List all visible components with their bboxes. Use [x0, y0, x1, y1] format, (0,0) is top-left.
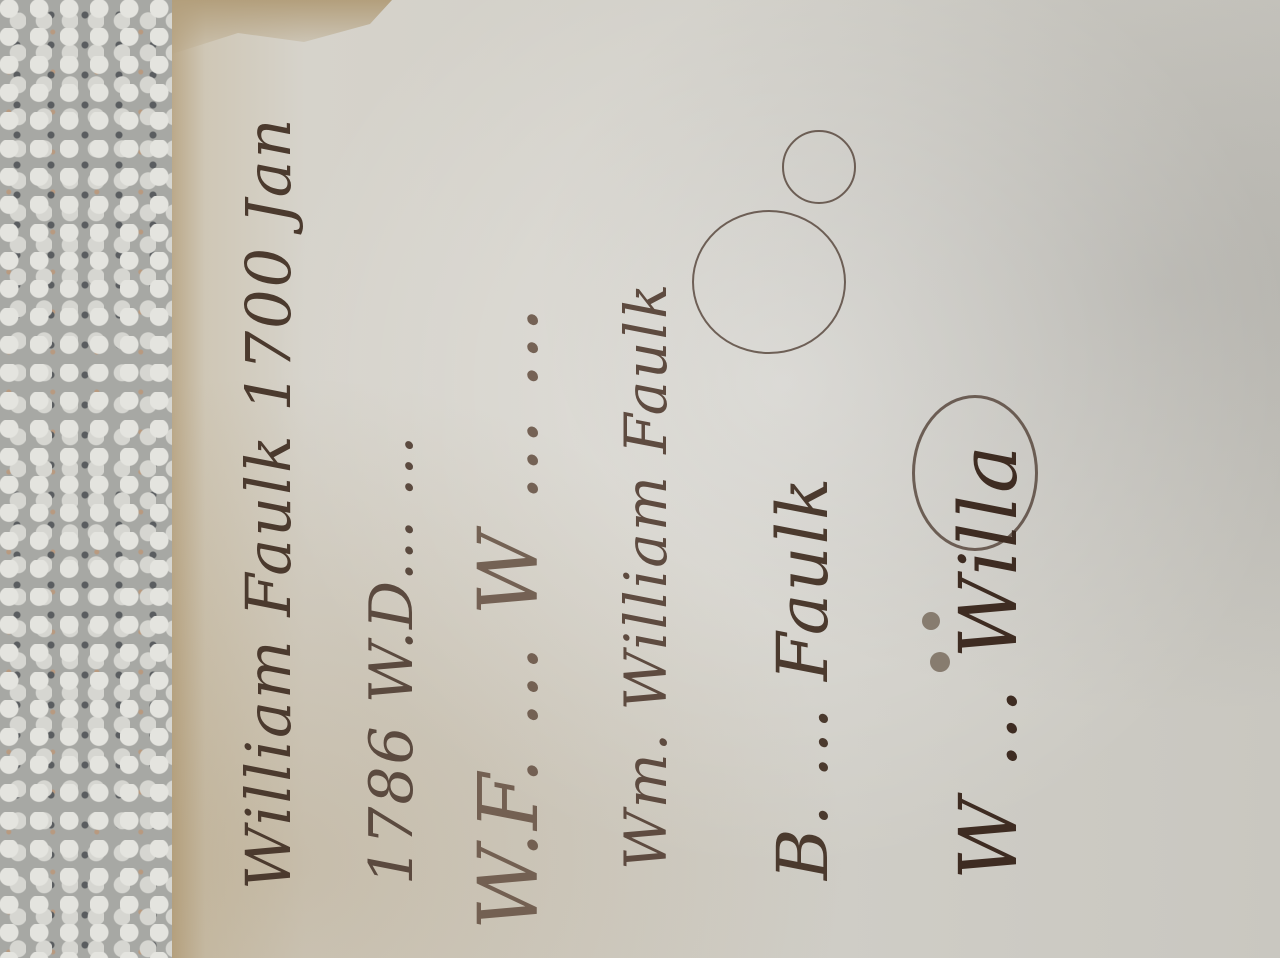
ink-flourish	[782, 130, 856, 204]
handwritten-line: W.F. ... W ... ...	[462, 305, 557, 930]
handwritten-line: B. ... Faulk	[762, 476, 844, 880]
handwritten-line: 1786 W.D... ...	[357, 434, 427, 886]
ink-blot	[922, 612, 940, 630]
handwritten-line: W ... Willa	[942, 443, 1035, 880]
carpet-background	[0, 0, 185, 958]
handwritten-line: Wm. William Faulk	[612, 282, 680, 870]
handwriting-area: William Faulk 1700 Jan 1786 W.D... ... W…	[172, 0, 1280, 958]
handwritten-line: William Faulk 1700 Jan	[232, 117, 305, 890]
ink-flourish	[692, 210, 846, 354]
